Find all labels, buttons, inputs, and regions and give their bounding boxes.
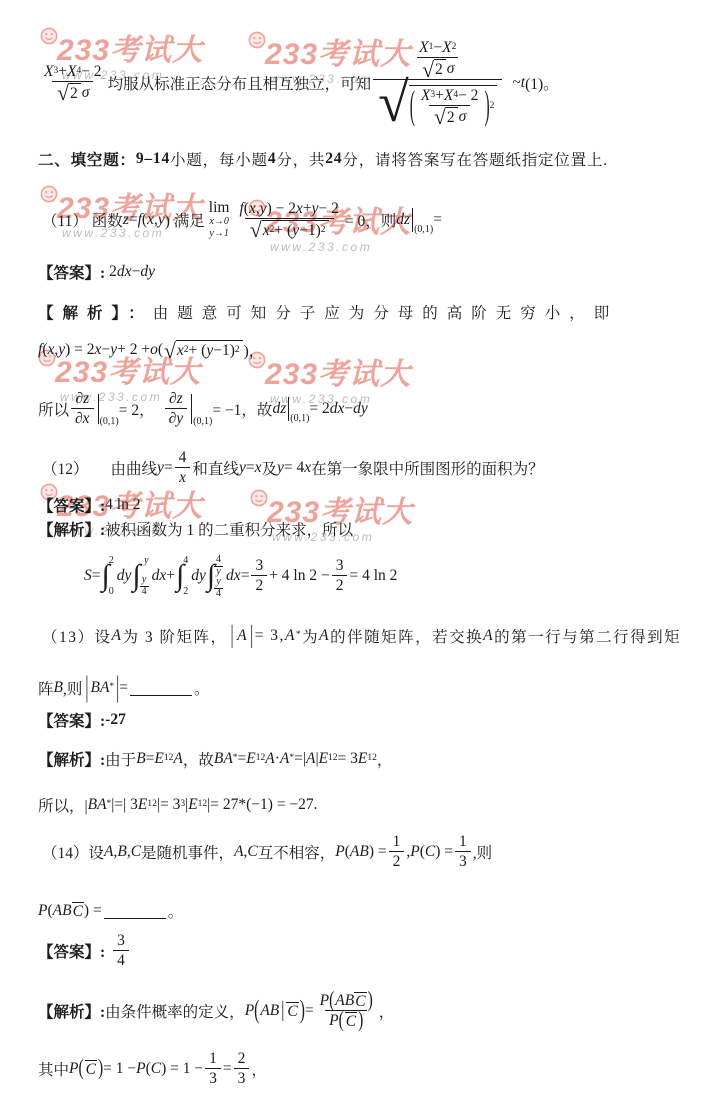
analysis-13-line2: 所以，| BA* |=| 3E12 |= 33 | E12 |= 27*(−1)… [38,788,318,822]
question-13-line2: 阵 B,则|BA*| = 。 [38,668,210,708]
answer-12: 【答案】: 4 ln 2 [38,494,140,516]
analysis-12-line1: 【解析】: 被积函数为 1 的二重积分来求，所以 [38,518,353,540]
question-14-line1: （14）设 A,B,C 是随机事件， A,C 互不相容， P(AB) = 12,… [42,826,492,878]
answer-11: 【答案】: 2dx − dy [38,260,155,284]
question-13-line1: （13）设 A 为 3 阶矩阵，|A| = 3, A* 为 A 的伴随矩阵，若交… [42,618,681,654]
analysis-11-line3: 所以∂z∂x(0,1) = 2，∂z∂y(0,1) = −1，故 dz(0,1)… [38,386,368,432]
analysis-14-line1: 【解析】: 由条件概率的定义， P(AB|C) = P(ABC)P(C)， [38,980,394,1042]
analysis-11-line2: f(x, y) = 2x − y + 2 + o(√x2 + (y−1)2)， [38,332,264,368]
section-header: 二、填空题：9–14 小题，每小题 4 分，共 24 分，请将答案写在答题纸指定… [38,148,608,170]
answer-13: 【答案】: -27 [38,708,126,732]
analysis-13-line1: 【解析】: 由于 B = E12A，故 BA* = E12A·A* =| A |… [38,742,392,776]
analysis-11-line1: 【解析】：由题意可知分子应为分母的高阶无穷小，即 [38,300,618,324]
document-page: 233考试大 www.233.com 233考试大 www.233.com 23… [0,0,710,1110]
analysis-14-line2: 其中 P(C) = 1 − P(C) = 1 − 13 = 23， [38,1044,267,1094]
analysis-12-formula: S = ∫20dy∫yy4dx + ∫42dy∫4yy4dx = 32 + 4 … [84,548,397,604]
question-12: （12）由曲线 y = 4x 和直线 y = x 及 y = 4x 在第一象限中… [42,440,544,496]
question-11: （11） 函数 z = f(x, y) 满足limx→0y→1f(x, y) −… [42,192,442,248]
answer-14: 【答案】: 34 [38,926,131,976]
intro-formula: X3 + X4 − 2√2σ均服从标准正态分布且相互独立，可知X1 − X2√2… [38,28,559,138]
